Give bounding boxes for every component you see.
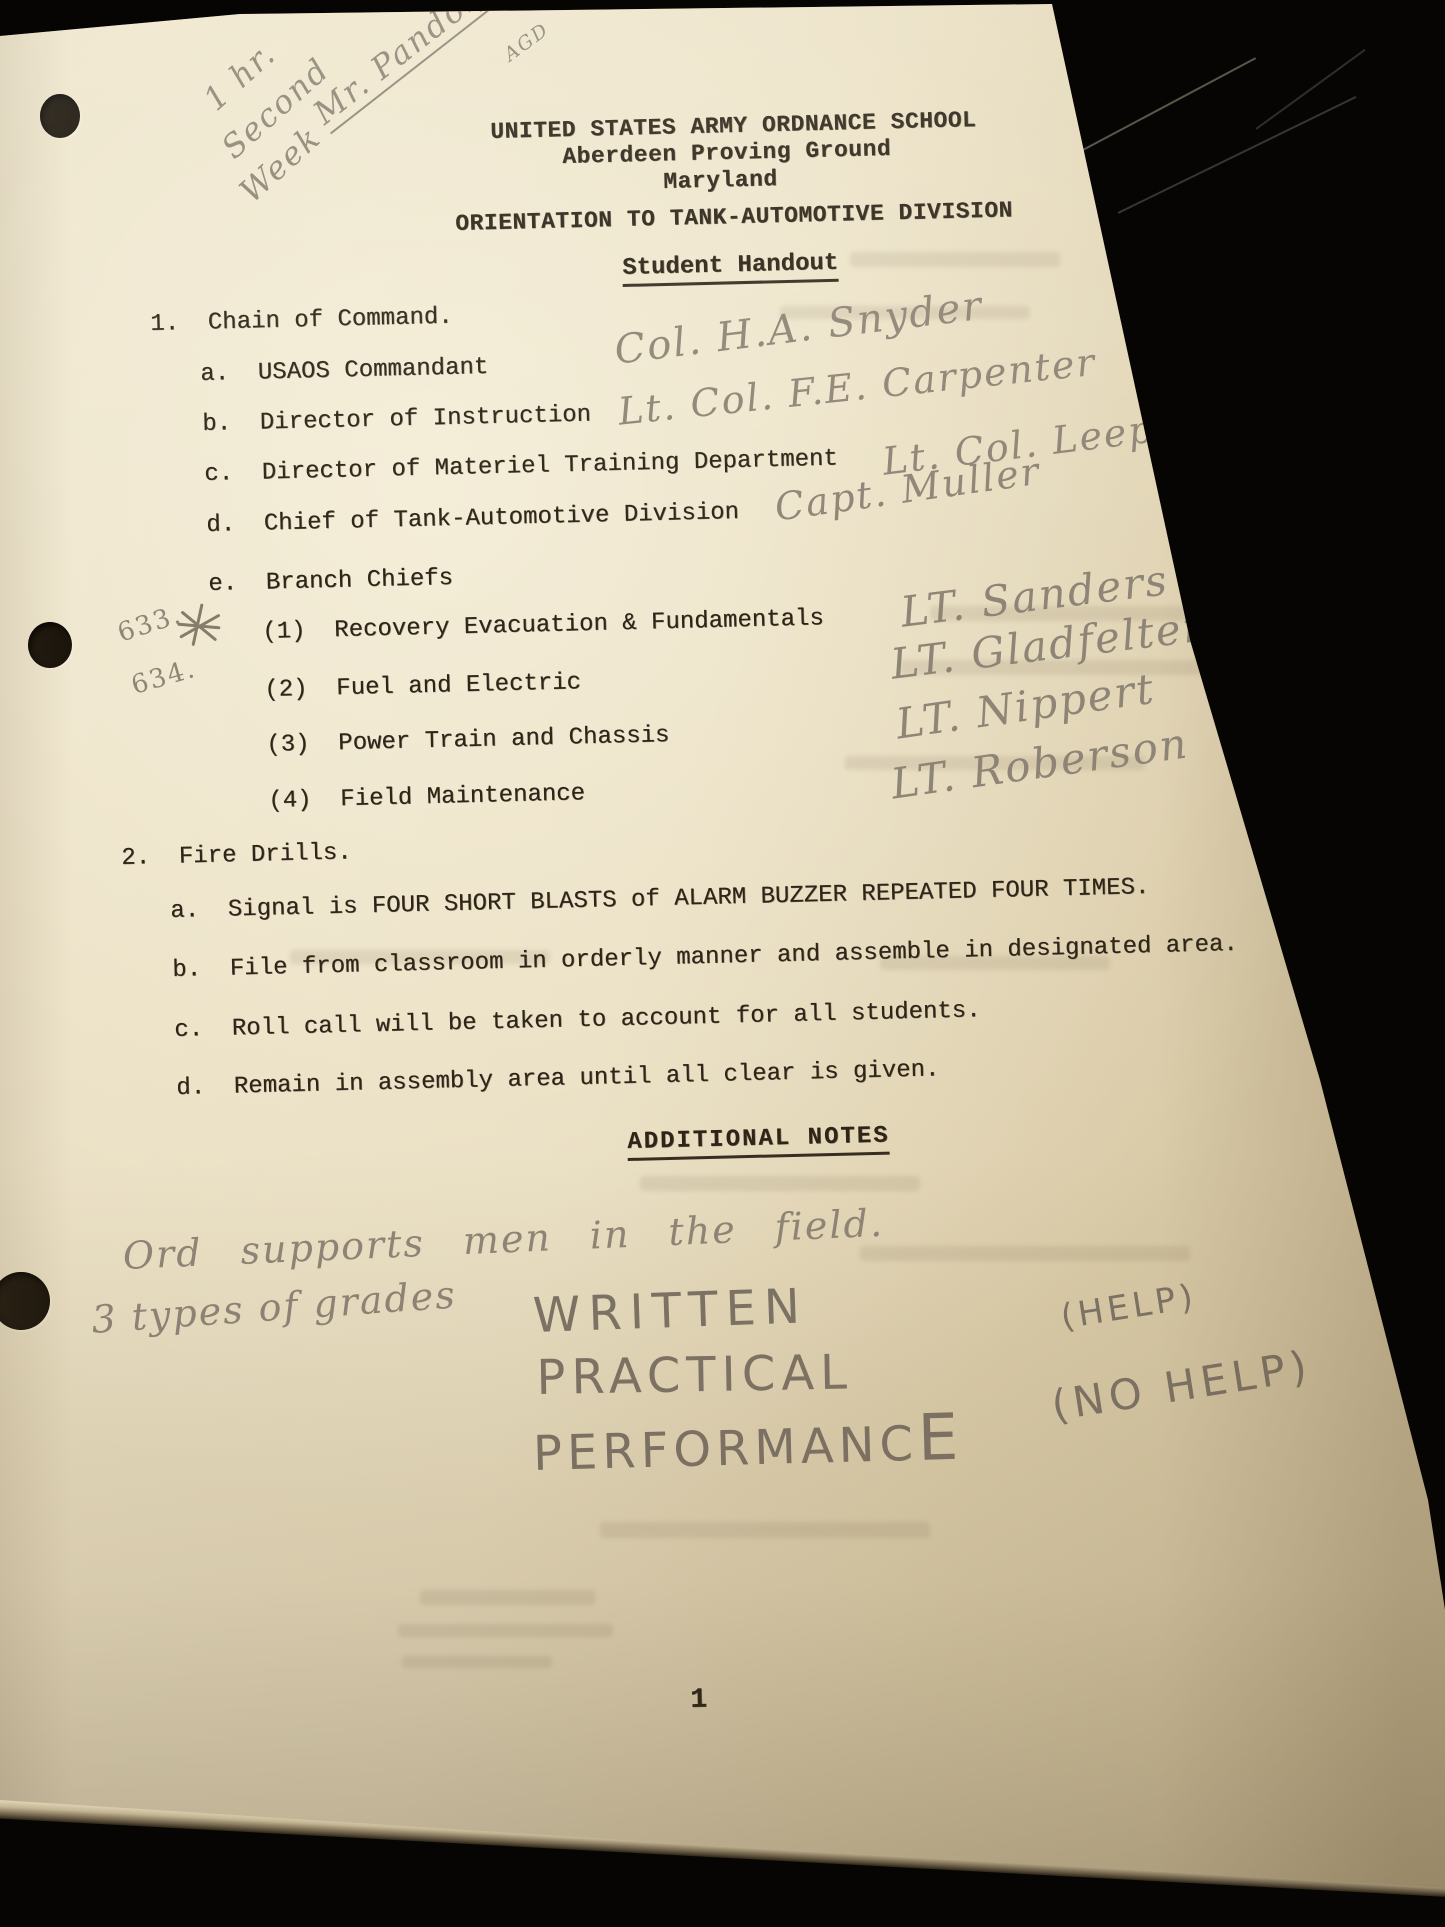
bleed-through-smudge <box>640 1176 920 1191</box>
branch-3: (3) Power Train and Chassis <box>266 723 670 758</box>
pencil-note-no-help: (NO HELP) <box>1048 1341 1315 1430</box>
document-subtitle: Student Handout <box>622 251 839 281</box>
fire-drill-a-text: a. Signal is FOUR SHORT BLASTS of <box>170 886 675 925</box>
document-page: 1 hr. Second Week Mr. Pandolfino AGD UNI… <box>0 0 1445 1927</box>
section-2-heading: 2. Fire Drills. <box>121 840 352 871</box>
school-name: UNITED STATES ARMY ORDNANCE SCHOOL <box>490 108 977 144</box>
grade-performance: PERFORMANCE <box>532 1401 964 1486</box>
additional-notes-heading: ADDITIONAL NOTES <box>627 1124 890 1156</box>
fire-drill-a: a. Signal is FOUR SHORT BLASTS of ALARM … <box>170 875 1150 924</box>
school-location: Aberdeen Proving Ground <box>562 137 891 169</box>
margin-course-number-2: 634. <box>128 654 200 701</box>
section-1-heading: 1. Chain of Command. <box>150 305 453 338</box>
coc-item-c: c. Director of Materiel Training Departm… <box>204 447 838 488</box>
pencil-note-help: (HELP) <box>1058 1277 1200 1338</box>
additional-notes-text: ADDITIONAL NOTES <box>627 1123 890 1161</box>
scratch-mark <box>1066 57 1257 160</box>
asterisk-doodle-icon <box>173 599 225 651</box>
bleed-through-smudge <box>600 1522 930 1538</box>
bleed-through-smudge <box>420 1590 595 1605</box>
branch-2: (2) Fuel and Electric <box>264 670 581 703</box>
note-instructor: Mr. Pandolfino <box>306 0 557 134</box>
page-number: 1 <box>690 1686 708 1716</box>
bleed-through-smudge <box>860 1246 1190 1261</box>
school-state: Maryland <box>663 167 778 194</box>
fire-drill-a-emphasis: ALARM BUZZER REPEATED FOUR TIMES. <box>674 874 1150 913</box>
bleed-through-smudge <box>850 252 1060 267</box>
document-title: ORIENTATION TO TANK-AUTOMOTIVE DIVISION <box>455 198 1013 236</box>
grade-performance-text: PERFORMANC <box>532 1416 918 1482</box>
photographed-document: 1 hr. Second Week Mr. Pandolfino AGD UNI… <box>0 0 1445 1927</box>
hole-punch <box>40 94 80 138</box>
grade-written: WRITTEN <box>532 1278 809 1344</box>
fire-drill-d: d. Remain in assembly area until all cle… <box>176 1057 940 1101</box>
note-branch: AGD <box>500 19 553 66</box>
branch-1: (1) Recovery Evacuation & Fundamentals <box>262 606 824 645</box>
coc-item-d: d. Chief of Tank-Automotive Division <box>206 500 739 538</box>
grade-performance-tail: E <box>917 1401 964 1476</box>
fire-drill-c: c. Roll call will be taken to account fo… <box>174 998 981 1043</box>
subtitle-text: Student Handout <box>622 250 839 287</box>
coc-item-b: b. Director of Instruction <box>202 402 591 437</box>
pencil-note-grade-types: 3 types of grades <box>90 1272 458 1341</box>
hole-punch <box>28 622 72 668</box>
hole-punch <box>0 1272 50 1330</box>
coc-item-a: a. USAOS Commandant <box>200 355 489 387</box>
pencil-note-ord-supports: Ord supports men in the field. <box>122 1201 885 1278</box>
branch-4: (4) Field Maintenance <box>268 781 585 814</box>
bleed-through-smudge <box>398 1624 613 1637</box>
grade-practical: PRACTICAL <box>536 1344 853 1406</box>
coc-item-e: e. Branch Chiefs <box>208 566 453 597</box>
fire-drill-b: b. File from classroom in orderly manner… <box>172 932 1238 983</box>
bleed-through-smudge <box>402 1656 552 1668</box>
